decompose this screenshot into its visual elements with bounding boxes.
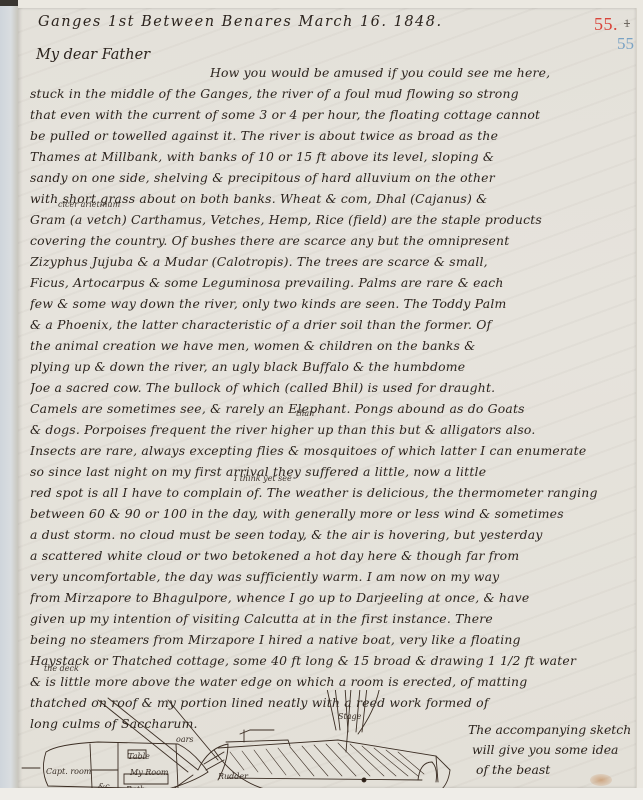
- body-line: & is little more above the water edge on…: [30, 674, 620, 689]
- sketch-label-rudder: Rudder: [218, 772, 248, 781]
- body-line: being no steamers from Mirzapore I hired…: [30, 632, 620, 647]
- sketch-label-stage: Stage: [338, 712, 361, 721]
- body-line: sandy on one side, shelving & precipitou…: [30, 170, 620, 185]
- folio-number-blue: 55: [617, 34, 634, 54]
- body-line: covering the country. Of bushes there ar…: [30, 233, 620, 248]
- sketch-label-table: Table: [128, 752, 150, 761]
- scan-margin: [0, 788, 643, 800]
- body-line: a scattered white cloud or two betokened…: [30, 548, 620, 563]
- closing-line: of the beast: [476, 762, 550, 777]
- interlinear-note: I think yet see: [234, 474, 292, 483]
- interlinear-note: the deck: [44, 664, 79, 673]
- body-line: plying up & down the river, an ugly blac…: [30, 359, 620, 374]
- paper-stain: [590, 774, 612, 786]
- sketch-label-oars: oars: [176, 735, 194, 744]
- body-line: Haystack or Thatched cottage, some 40 ft…: [30, 653, 620, 668]
- body-line: Thames at Millbank, with banks of 10 or …: [30, 149, 620, 164]
- body-line: & a Phoenix, the latter characteristic o…: [30, 317, 620, 332]
- body-line: so since last night on my first arrival …: [30, 464, 620, 479]
- interlinear-note: cicer arietinum: [58, 200, 120, 209]
- body-line: Joe a sacred cow. The bullock of which (…: [30, 380, 620, 395]
- interlinear-note: than: [296, 409, 314, 418]
- body-line: the animal creation we have men, women &…: [30, 338, 620, 353]
- body-line: Insects are rare, always excepting flies…: [30, 443, 620, 458]
- folio-number-struck: 1: [624, 16, 630, 31]
- letter-heading: Ganges 1st Between Benares March 16. 184…: [38, 14, 443, 30]
- sketch-label-my-room: My Room: [130, 768, 169, 777]
- body-line: from Mirzapore to Bhagulpore, whence I g…: [30, 590, 620, 605]
- body-line: Ficus, Artocarpus & some Leguminosa prev…: [30, 275, 620, 290]
- body-line: a dust storm. no cloud must be seen toda…: [30, 527, 620, 542]
- manuscript-scan: 55. 1 55 Ganges 1st Between Benares Marc…: [0, 0, 643, 800]
- body-line: few & some way down the river, only two …: [30, 296, 620, 311]
- body-line: that even with the current of some 3 or …: [30, 107, 620, 122]
- closing-line: will give you some idea: [472, 742, 618, 757]
- body-line: between 60 & 90 or 100 in the day, with …: [30, 506, 620, 521]
- letter-page: [18, 8, 637, 788]
- body-line: Zizyphus Jujuba & a Mudar (Calotropis). …: [30, 254, 620, 269]
- binding-shadow: [0, 0, 18, 6]
- body-line: Gram (a vetch) Carthamus, Vetches, Hemp,…: [30, 212, 620, 227]
- sketch-label-captain-room: Capt. room: [46, 767, 91, 776]
- body-line: & dogs. Porpoises frequent the river hig…: [30, 422, 620, 437]
- closing-line: The accompanying sketch: [468, 722, 631, 737]
- previous-page-edge: [0, 0, 18, 800]
- body-line: Camels are sometimes see, & rarely an El…: [30, 401, 620, 416]
- body-line: given up my intention of visiting Calcut…: [30, 611, 620, 626]
- body-line: How you would be amused if you could see…: [210, 65, 620, 80]
- body-line: red spot is all I have to complain of. T…: [30, 485, 620, 500]
- folio-number-red: 55.: [594, 14, 618, 35]
- body-line: be pulled or towelled against it. The ri…: [30, 128, 620, 143]
- body-line: stuck in the middle of the Ganges, the r…: [30, 86, 620, 101]
- body-line: very uncomfortable, the day was sufficie…: [30, 569, 620, 584]
- letter-salutation: My dear Father: [36, 47, 150, 63]
